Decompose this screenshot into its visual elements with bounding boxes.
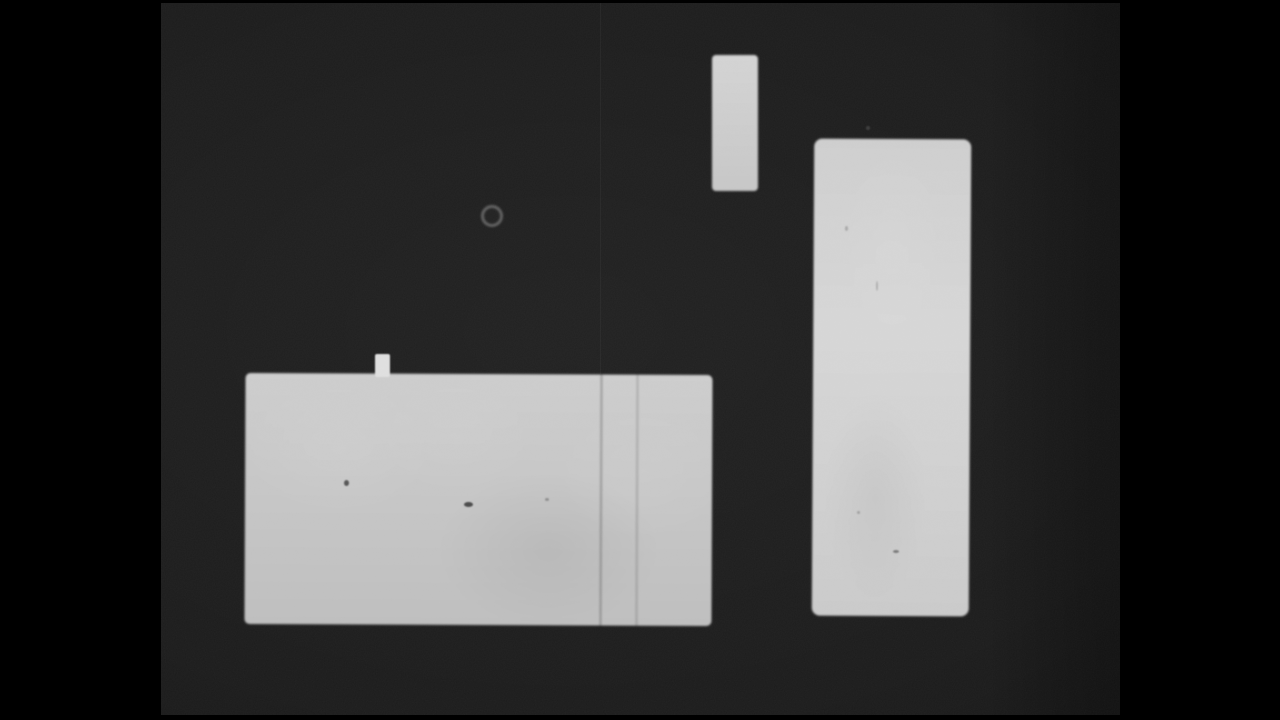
pillarbox-left: [0, 0, 161, 720]
ring-blemish: [481, 205, 503, 227]
film-speck: [344, 480, 349, 486]
film-speck: [857, 511, 860, 514]
tall-rectangle: [812, 139, 971, 617]
film-speck: [845, 226, 848, 231]
film-still-stage: [0, 0, 1280, 720]
film-scratch-line: [600, 3, 601, 374]
pillarbox-right: [1120, 0, 1280, 720]
film-speck: [866, 126, 870, 130]
film-speck: [876, 281, 878, 291]
film-speck: [893, 550, 899, 553]
small-rectangle: [712, 55, 758, 191]
large-rectangle: [244, 373, 712, 626]
tiny-square: [375, 354, 390, 377]
film-speck: [545, 498, 549, 501]
film-scratch-line: [599, 375, 602, 626]
film-speck: [464, 502, 473, 507]
film-scratch-line: [635, 375, 638, 626]
